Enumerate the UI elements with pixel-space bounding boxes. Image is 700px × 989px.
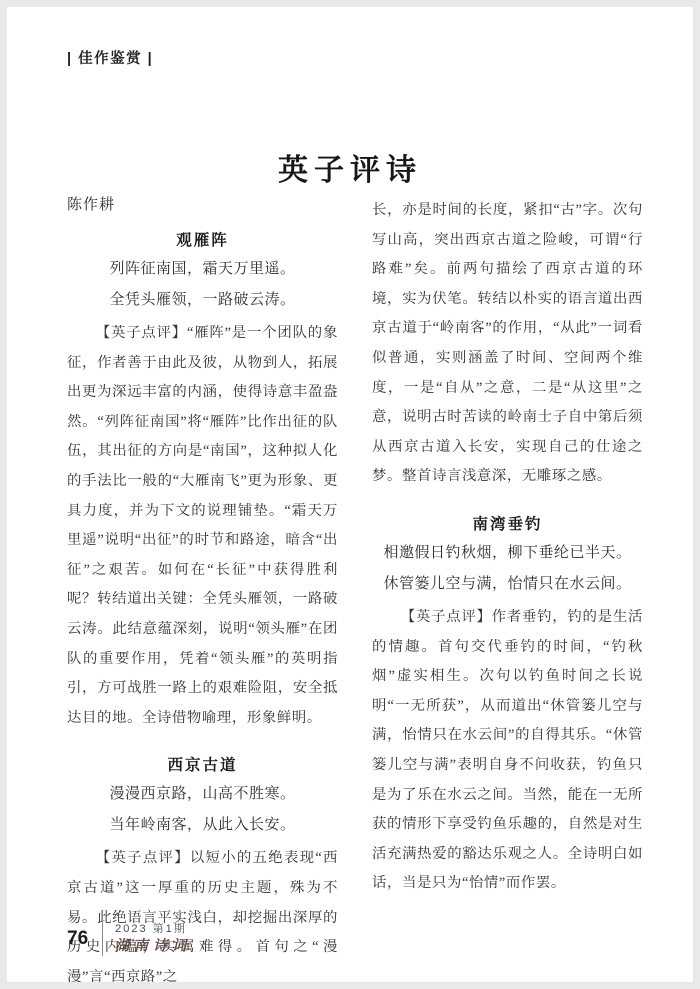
footer-divider: [102, 922, 103, 956]
poem-title: 西京古道: [67, 753, 338, 775]
poem-title: 观雁阵: [67, 228, 338, 250]
poem-xijing-gudao: 西京古道 漫漫西京路，山高不胜寒。 当年岭南客，从此入长安。: [67, 753, 338, 841]
footer-meta: 2023 第1期 湖南诗词: [115, 922, 191, 956]
review-paragraph-guan-yan-zhen: 【英子点评】“雁阵”是一个团队的象征，作者善于由此及彼，从物到人，拓展出更为深远…: [67, 319, 338, 733]
journal-name-calligraphy: 湖南诗词: [115, 937, 191, 956]
page-footer: 76 2023 第1期 湖南诗词: [67, 922, 191, 956]
poem-title: 南湾垂钓: [372, 512, 643, 534]
review-paragraph-xijing-gudao-part1: 【英子点评】以短小的五绝表现“西京古道”这一厚重的历史主题，殊为不易。此绝语言平…: [67, 844, 338, 982]
left-column: 陈作耕 观雁阵 列阵征南国，霜天万里遥。 全凭头雁领，一路破云涛。 【英子点评】…: [67, 193, 338, 982]
poem-line: 列阵征南国，霜天万里遥。: [67, 254, 338, 285]
two-column-body: 陈作耕 观雁阵 列阵征南国，霜天万里遥。 全凭头雁领，一路破云涛。 【英子点评】…: [67, 193, 643, 982]
section-header: | 佳作鉴赏 |: [67, 47, 153, 68]
page-number: 76: [67, 928, 88, 950]
right-column: 长，亦是时间的长度，紧扣“古”字。次句写山高，突出西京古道之险峻，可谓“行路难”…: [372, 193, 643, 982]
poem-line: 相邀假日钓秋烟，柳下垂纶已半天。: [372, 538, 643, 569]
poem-guan-yan-zhen: 观雁阵 列阵征南国，霜天万里遥。 全凭头雁领，一路破云涛。: [67, 228, 338, 316]
poem-nanwan-chuidiao: 南湾垂钓 相邀假日钓秋烟，柳下垂纶已半天。 休管篓儿空与满，怡情只在水云间。: [372, 512, 643, 600]
review-paragraph-xijing-gudao-part2: 长，亦是时间的长度，紧扣“古”字。次句写山高，突出西京古道之险峻，可谓“行路难”…: [372, 196, 643, 492]
author-name: 陈作耕: [67, 193, 338, 214]
page-title: 英子评诗: [7, 145, 693, 189]
poem-line: 当年岭南客，从此入长安。: [67, 810, 338, 841]
issue-label: 2023 第1期: [115, 922, 191, 937]
magazine-page: | 佳作鉴赏 | 英子评诗 陈作耕 观雁阵 列阵征南国，霜天万里遥。 全凭头雁领…: [7, 7, 693, 982]
poem-line: 全凭头雁领，一路破云涛。: [67, 285, 338, 316]
poem-line: 漫漫西京路，山高不胜寒。: [67, 779, 338, 810]
poem-line: 休管篓儿空与满，怡情只在水云间。: [372, 569, 643, 600]
review-paragraph-nanwan-chuidiao: 【英子点评】作者垂钓，钓的是生活的情趣。首句交代垂钓的时间，“钓秋烟”虚实相生。…: [372, 603, 643, 899]
screenshot-canvas: | 佳作鉴赏 | 英子评诗 陈作耕 观雁阵 列阵征南国，霜天万里遥。 全凭头雁领…: [0, 0, 700, 989]
